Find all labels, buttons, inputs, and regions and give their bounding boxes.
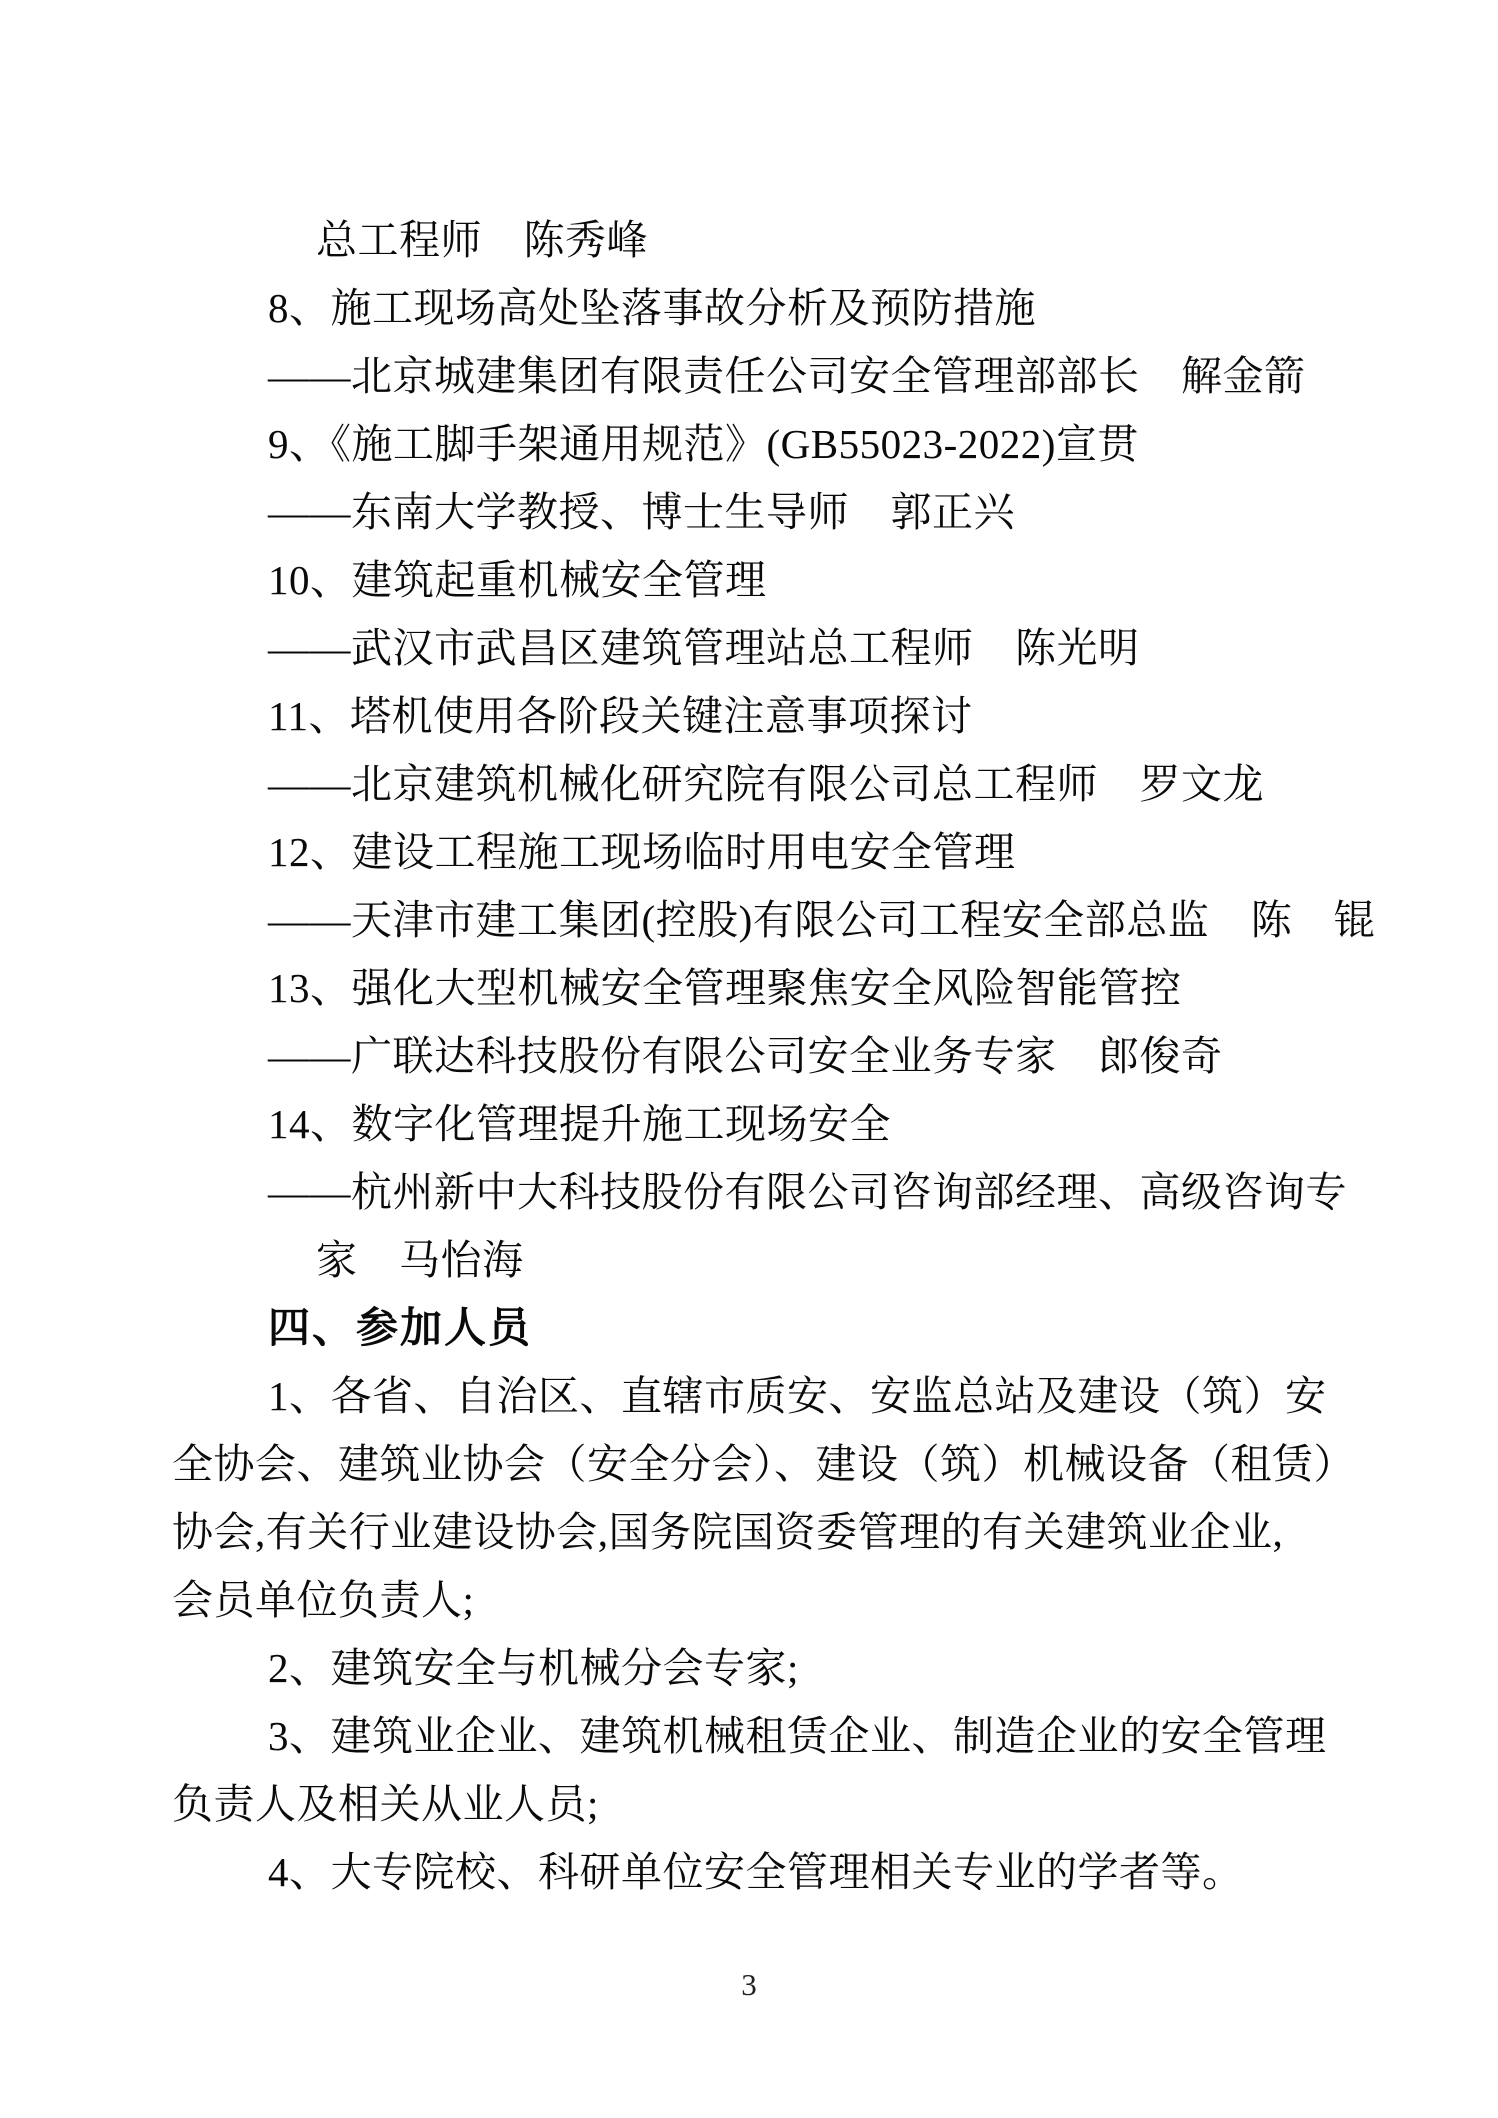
- document-line: 全协会、建筑业协会（安全分会）、建设（筑）机械设备（租赁）: [172, 1430, 1355, 1498]
- document-line: 14、数字化管理提升施工现场安全: [268, 1090, 891, 1158]
- document-line: 4、大专院校、科研单位安全管理相关专业的学者等。: [268, 1838, 1244, 1906]
- document-line: 1、各省、自治区、直辖市质安、安监总站及建设（筑）安: [268, 1362, 1327, 1430]
- document-line: ——北京建筑机械化研究院有限公司总工程师 罗文龙: [268, 750, 1264, 818]
- document-line: 家 马怡海: [316, 1226, 524, 1294]
- document-line: 13、强化大型机械安全管理聚焦安全风险智能管控: [268, 954, 1182, 1022]
- document-page: 总工程师 陈秀峰8、施工现场高处坠落事故分析及预防措施——北京城建集团有限责任公…: [0, 0, 1498, 2118]
- document-line: 3、建筑业企业、建筑机械租赁企业、制造企业的安全管理: [268, 1702, 1327, 1770]
- document-line: ——东南大学教授、博士生导师 郭正兴: [268, 478, 1015, 546]
- document-line: 总工程师 陈秀峰: [316, 206, 648, 274]
- document-line: 12、建设工程施工现场临时用电安全管理: [268, 818, 1016, 886]
- page-body: 总工程师 陈秀峰8、施工现场高处坠落事故分析及预防措施——北京城建集团有限责任公…: [0, 0, 1498, 2118]
- document-line: ——天津市建工集团(控股)有限公司工程安全部总监 陈 锟: [268, 886, 1375, 954]
- document-line: 2、建筑安全与机械分会专家;: [268, 1634, 799, 1702]
- document-line: ——杭州新中大科技股份有限公司咨询部经理、高级咨询专: [268, 1158, 1347, 1226]
- document-line: ——北京城建集团有限责任公司安全管理部部长 解金箭: [268, 342, 1306, 410]
- document-line: 8、施工现场高处坠落事故分析及预防措施: [268, 274, 1036, 342]
- document-line: ——广联达科技股份有限公司安全业务专家 郎俊奇: [268, 1022, 1223, 1090]
- document-line: 会员单位负责人;: [172, 1566, 474, 1634]
- document-line: 协会,有关行业建设协会,国务院国资委管理的有关建筑业企业,: [172, 1498, 1283, 1566]
- document-line: 9、《施工脚手架通用规范》(GB55023-2022)宣贯: [268, 410, 1139, 478]
- document-line: 10、建筑起重机械安全管理: [268, 546, 767, 614]
- document-line: 四、参加人员: [268, 1294, 532, 1362]
- document-line: 负责人及相关从业人员;: [172, 1770, 599, 1838]
- document-line: ——武汉市武昌区建筑管理站总工程师 陈光明: [268, 614, 1140, 682]
- document-line: 11、塔机使用各阶段关键注意事项探讨: [268, 682, 972, 750]
- page-number: 3: [0, 1966, 1498, 2004]
